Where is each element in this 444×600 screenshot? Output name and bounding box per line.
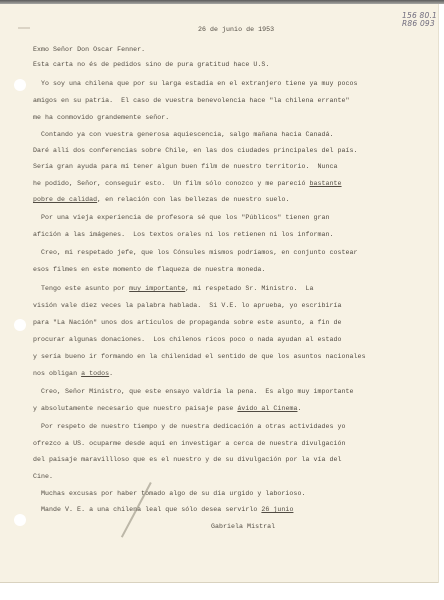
text-span: . [297,405,301,412]
archive-number-line-2: R86 093 [402,20,437,28]
paper-smudge [18,27,30,29]
text-span: nos obligan [33,370,81,377]
text-line: Tengo este asunto por muy importante, mi… [41,285,314,293]
text-line: ofrezco a US. ocuparme desde aquí en inv… [33,440,346,448]
text-line: he podido, Señor, conseguir esto. Un fil… [33,180,342,188]
text-line: nos obligan a todos. [33,370,113,378]
punch-hole-bottom [14,514,26,526]
text-line: Cine. [33,473,53,481]
text-line: me ha conmovido grandemente señor. [33,114,169,122]
text-span: Mande V. E. a una chilena leal que sólo … [41,506,261,513]
underlined-text: bastante [309,180,341,187]
letter-page: 156 80.1 R86 093 26 de junio de 1953 Exm… [0,4,438,583]
text-line: Por una vieja experiencia de profesora s… [41,214,330,222]
text-line: pobre de calidad, en relación con las be… [33,196,289,204]
text-line: amigos en su patria. El caso de vuestra … [33,97,350,105]
text-line: y sería bueno ir formando en la chilenid… [33,353,366,361]
underlined-text: 26 junio [261,506,293,513]
underlined-text: pobre de calidad [33,196,97,203]
text-line: Mande V. E. a una chilena leal que sólo … [41,506,293,514]
text-line: afición a las imágenes. Los textos orale… [33,231,334,239]
text-line: para "La Nación" unos dos artículos de p… [33,319,342,327]
underlined-text: muy importante [129,285,185,292]
text-line: Creo, Señor Ministro, que este ensayo va… [41,388,354,396]
text-line: Daré allí dos conferencias sobre Chile, … [33,147,358,155]
text-line: Sería gran ayuda para mí tener algun bue… [33,163,338,171]
letter-date: 26 de junio de 1953 [198,26,274,34]
salutation: Exmo Señor Don Oscar Fenner. [33,46,145,54]
text-line: Muchas excusas por haber tomado algo de … [41,490,305,498]
text-line: Contando ya con vuestra generosa aquiesc… [41,131,334,139]
text-span: , mi respetado Sr. Ministro. La [185,285,313,292]
text-line: Creo, mi respetado jefe, que los Cónsule… [41,249,358,257]
text-span: Tengo este asunto por [41,285,129,292]
text-span: he podido, Señor, conseguir esto. Un fil… [33,180,309,187]
text-line: visión vale diez veces la palabra hablad… [33,302,342,310]
text-span: , en relación con las bellezas de nuestr… [97,196,289,203]
punch-hole-middle [14,319,26,331]
text-line: y absolutamente necesario que nuestro pa… [33,405,301,413]
text-line: Esta carta no és de pedidos sino de pura… [33,61,269,69]
punch-hole-top [14,79,26,91]
signature: Gabriela Mistral [211,523,275,531]
archive-number: 156 80.1 R86 093 [402,12,437,28]
text-line: del paisaje maravillloso que es el nuest… [33,456,342,464]
text-line: procurar algunas donaciones. Los chileno… [33,336,342,344]
text-line: Yo soy una chilena que por su larga esta… [41,80,358,88]
text-span: y absolutamente necesario que nuestro pa… [33,405,237,412]
underlined-text: ávido al Cinema [237,405,297,412]
text-span: . [109,370,113,377]
underlined-text: a todos [81,370,109,377]
text-line: Por respeto de nuestro tiempo y de nuest… [41,423,346,431]
text-line: esos filmes en este momento de flaqueza … [33,266,265,274]
